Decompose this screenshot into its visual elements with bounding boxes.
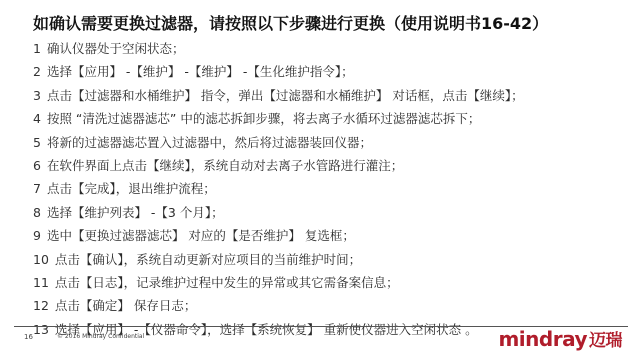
step-number: 3 [33, 84, 41, 107]
step-number: 5 [33, 131, 41, 154]
step-number: 12 [33, 294, 49, 317]
step-text: 点击【日志】，记录维护过程中发生的异常或其它需备案信息； [55, 275, 399, 290]
step-text: 点击【确定】 保存日志； [55, 298, 196, 313]
step-number: 11 [33, 271, 49, 294]
step-text: 将新的过滤器滤芯置入过滤器中，然后将过滤器装回仪器； [47, 135, 372, 150]
copyright-notice: © 2016 Mindray Confidential [57, 333, 144, 340]
step-item: 10点击【确认】，系统自动更新对应项目的当前维护时间； [33, 248, 524, 271]
step-text: 选择【应用】 -【维护】 -【维护】 -【生化维护指令】； [47, 64, 354, 79]
step-item: 1确认仪器处于空闲状态； [33, 37, 524, 60]
steps-list: 1确认仪器处于空闲状态； 2选择【应用】 -【维护】 -【维护】 -【生化维护指… [33, 37, 524, 341]
logo-latin-text: mindray [498, 327, 587, 351]
step-text: 点击【过滤器和水桶维护】 指令，弹出【过滤器和水桶维护】 对话框，点击【继续】； [47, 88, 524, 103]
page-number: 16 [24, 333, 33, 341]
step-text: 确认仪器处于空闲状态； [47, 41, 185, 56]
step-number: 4 [33, 107, 41, 130]
step-item: 4按照 “清洗过滤器滤芯” 中的滤芯拆卸步骤，将去离子水循环过滤器滤芯拆下； [33, 107, 524, 130]
mindray-logo: mindray迈瑞 [498, 326, 622, 351]
step-number: 6 [33, 154, 41, 177]
step-number: 1 [33, 37, 41, 60]
step-text: 按照 “清洗过滤器滤芯” 中的滤芯拆卸步骤，将去离子水循环过滤器滤芯拆下； [47, 111, 480, 126]
step-item: 9选中【更换过滤器滤芯】 对应的【是否维护】 复选框； [33, 224, 524, 247]
step-number: 10 [33, 248, 49, 271]
step-item: 12点击【确定】 保存日志； [33, 294, 524, 317]
step-number: 13 [33, 318, 49, 341]
step-text: 点击【确认】，系统自动更新对应项目的当前维护时间； [55, 252, 361, 267]
step-item: 6在软件界面上点击【继续】，系统自动对去离子水管路进行灌注； [33, 154, 524, 177]
slide: 如确认需要更换过滤器，请按照以下步骤进行更换（使用说明书16-42） 1确认仪器… [0, 0, 640, 360]
slide-title: 如确认需要更换过滤器，请按照以下步骤进行更换（使用说明书16-42） [33, 11, 548, 34]
step-item: 7点击【完成】，退出维护流程； [33, 177, 524, 200]
step-number: 2 [33, 60, 41, 83]
step-item: 3点击【过滤器和水桶维护】 指令，弹出【过滤器和水桶维护】 对话框，点击【继续】… [33, 84, 524, 107]
step-item: 2选择【应用】 -【维护】 -【维护】 -【生化维护指令】； [33, 60, 524, 83]
step-number: 9 [33, 224, 41, 247]
step-number: 7 [33, 177, 41, 200]
step-item: 8选择【维护列表】 -【3 个月】； [33, 201, 524, 224]
step-text: 选择【维护列表】 -【3 个月】； [47, 205, 224, 220]
step-text: 点击【完成】，退出维护流程； [47, 181, 216, 196]
logo-chinese-text: 迈瑞 [589, 331, 622, 351]
step-number: 8 [33, 201, 41, 224]
step-text: 在软件界面上点击【继续】，系统自动对去离子水管路进行灌注； [47, 158, 403, 173]
step-item: 11点击【日志】，记录维护过程中发生的异常或其它需备案信息； [33, 271, 524, 294]
step-item: 5将新的过滤器滤芯置入过滤器中，然后将过滤器装回仪器； [33, 131, 524, 154]
step-text: 选中【更换过滤器滤芯】 对应的【是否维护】 复选框； [47, 228, 355, 243]
